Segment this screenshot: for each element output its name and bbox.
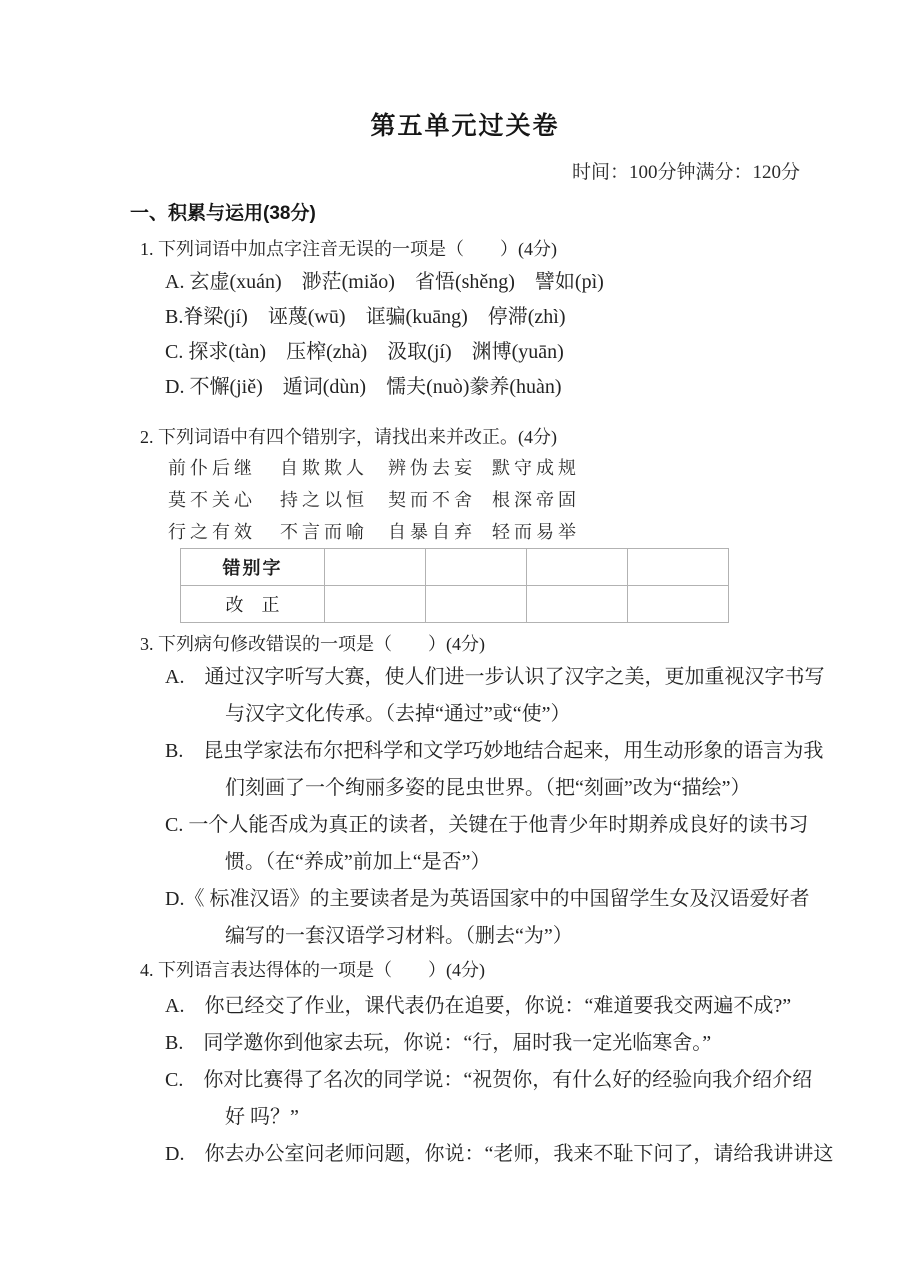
q1-options: A. 玄虚(xuán) 渺茫(miǎo) 省悟(shěng) 譬如(pì) B.… (165, 265, 800, 405)
q4-option-c-line1: C. 你对比赛得了名次的同学说：“祝贺你，有什么好的经验向我介绍介绍 (165, 1062, 800, 1099)
correction-row-label: 改 正 (181, 586, 325, 623)
typo-row: 错别字 (181, 549, 729, 586)
q1-option-b: B.脊梁(jí) 诬蔑(wū) 诓骗(kuāng) 停滞(zhì) (165, 300, 800, 335)
exam-time-score-meta: 时间：100分钟满分：120分 (130, 161, 800, 185)
word-item: 不言而喻 (280, 516, 388, 548)
q2-stem: 2. 下列词语中有四个错别字，请找出来并改正。(4分) (140, 426, 800, 449)
word-item: 默守成规 (492, 452, 800, 484)
q1-option-d: D. 不懈(jiě) 遁词(dùn) 懦夫(nuò)豢养(huàn) (165, 370, 800, 405)
q4-option-b-line1: B. 同学邀你到他家去玩，你说：“行，届时我一定光临寒舍。” (165, 1025, 800, 1062)
q3-options: A. 通过汉字听写大赛，使人们进一步认识了汉字之美，更加重视汉字书写 与汉字文化… (130, 659, 800, 955)
q3-option-c-line2: 惯。（在“养成”前加上“是否”） (225, 844, 800, 881)
correction-blank-cell (325, 586, 426, 623)
typo-blank-cell (527, 549, 628, 586)
page-title: 第五单元过关卷 (130, 0, 800, 142)
typo-blank-cell (325, 549, 426, 586)
word-item: 自欺欺人 (280, 452, 388, 484)
correction-blank-cell (527, 586, 628, 623)
word-item: 行之有效 (168, 516, 280, 548)
q3-stem: 3. 下列病句修改错误的一项是（ ）(4分) (140, 633, 800, 656)
typo-correction-table: 错别字 改 正 (180, 548, 729, 623)
typo-blank-cell (426, 549, 527, 586)
exam-paper: 第五单元过关卷 时间：100分钟满分：120分 一、积累与运用(38分) 1. … (0, 0, 904, 1280)
correction-blank-cell (426, 586, 527, 623)
word-item: 莫不关心 (168, 484, 280, 516)
q4-option-c-line2: 好 吗？” (225, 1099, 800, 1136)
word-item: 辨伪去妄 (388, 452, 492, 484)
typo-row-label: 错别字 (181, 549, 325, 586)
word-item: 轻而易举 (492, 516, 800, 548)
q4-stem: 4. 下列语言表达得体的一项是（ ）(4分) (140, 959, 800, 982)
q4-options: A. 你已经交了作业，课代表仍在追要，你说：“难道要我交两遍不成?” B. 同学… (130, 988, 800, 1173)
q4-option-d-line1: D. 你去办公室问老师问题，你说：“老师，我来不耻下问了，请给我讲讲这 (165, 1136, 800, 1173)
q3-option-d-line1: D.《 标准汉语》的主要读者是为英语国家中的中国留学生女及汉语爱好者 (165, 881, 800, 918)
typo-blank-cell (628, 549, 729, 586)
correction-blank-cell (628, 586, 729, 623)
q1-stem: 1. 下列词语中加点字注音无误的一项是（ ）(4分) (140, 238, 800, 261)
section-heading: 一、积累与运用(38分) (130, 202, 800, 226)
q1-option-a: A. 玄虚(xuán) 渺茫(miǎo) 省悟(shěng) 譬如(pì) (165, 265, 800, 300)
q3-option-a-line2: 与汉字文化传承。（去掉“通过”或“使”） (225, 696, 800, 733)
word-item: 根深帝固 (492, 484, 800, 516)
q2-word-grid: 前仆后继 自欺欺人 辨伪去妄 默守成规 莫不关心 持之以恒 契而不舍 根深帝固 … (168, 452, 800, 548)
word-item: 前仆后继 (168, 452, 280, 484)
word-item: 持之以恒 (280, 484, 388, 516)
correction-row: 改 正 (181, 586, 729, 623)
q1-option-c: C. 探求(tàn) 压榨(zhà) 汲取(jí) 渊博(yuān) (165, 335, 800, 370)
word-item: 自暴自弃 (388, 516, 492, 548)
q3-option-b-line2: 们刻画了一个绚丽多姿的昆虫世界。（把“刻画”改为“描绘”） (225, 770, 800, 807)
q4-option-a-line1: A. 你已经交了作业，课代表仍在追要，你说：“难道要我交两遍不成?” (165, 988, 800, 1025)
q3-option-a-line1: A. 通过汉字听写大赛，使人们进一步认识了汉字之美，更加重视汉字书写 (165, 659, 800, 696)
q3-option-c-line1: C. 一个人能否成为真正的读者，关键在于他青少年时期养成良好的读书习 (165, 807, 800, 844)
q3-option-d-line2: 编写的一套汉语学习材料。（删去“为”） (225, 918, 800, 955)
word-item: 契而不舍 (388, 484, 492, 516)
q3-option-b-line1: B. 昆虫学家法布尔把科学和文学巧妙地结合起来，用生动形象的语言为我 (165, 733, 800, 770)
